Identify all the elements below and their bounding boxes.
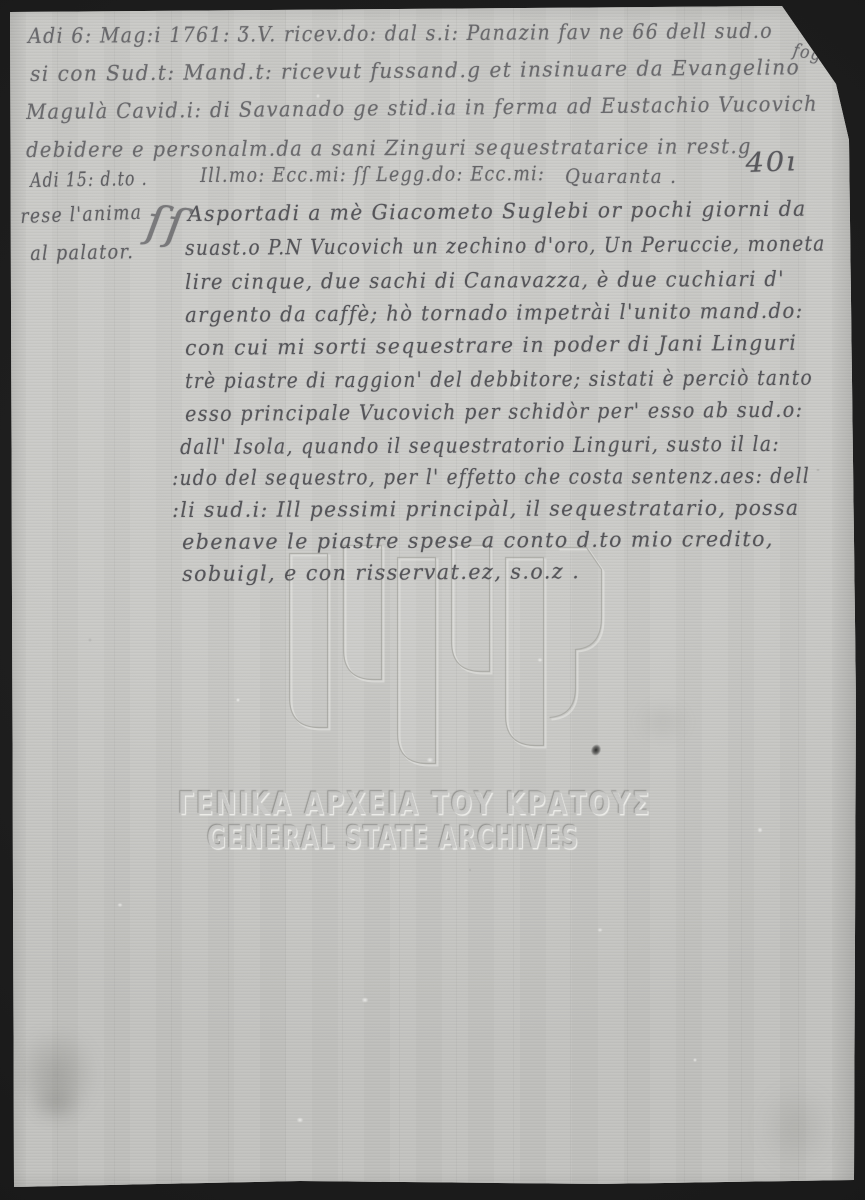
manuscript-line: suast.o P.N Vucovich un zechino d'oro, U…: [185, 232, 826, 260]
manuscript-line: rese l'anima: [20, 200, 143, 228]
manuscript-line: debidere e personalm.da a sani Zinguri s…: [26, 134, 752, 162]
manuscript-line: ſſ: [143, 196, 189, 252]
manuscript-line: sobuigl, e con risservat.ez, s.o.z .: [182, 559, 580, 586]
manuscript-line: Asportadi a mè Giacometo Suglebi or poch…: [188, 197, 807, 226]
manuscript-line: esso principale Vucovich per schidòr per…: [185, 398, 803, 426]
manuscript-line: con cui mi sorti sequestrare in poder di…: [185, 331, 797, 360]
manuscript-line: si con Sud.t: Mand.t: ricevut fussand.g …: [30, 55, 800, 86]
manuscript-page: ΓΕΝΙΚΑ ΑΡΧΕΙΑ ΤΟΥ ΚΡΑΤΟΥΣ GENERAL STATE …: [0, 0, 865, 1200]
manuscript-line: :li sud.i: Ill pessimi principàl, il seq…: [172, 496, 799, 522]
manuscript-line: ebenave le piastre spese a conto d.to mi…: [182, 527, 774, 554]
manuscript-line: 40ı: [745, 146, 797, 179]
manuscript-line: al palator.: [30, 239, 134, 265]
manuscript-line: Ill.mo: Ecc.mi: ſſ Legg.do: Ecc.mi:: [200, 161, 545, 187]
manuscript-line: Adi 15: d.to .: [30, 166, 148, 192]
manuscript-line: trè piastre di raggion' del debbitore; s…: [185, 366, 813, 393]
archive-scan: ΓΕΝΙΚΑ ΑΡΧΕΙΑ ΤΟΥ ΚΡΑΤΟΥΣ GENERAL STATE …: [0, 0, 865, 1200]
manuscript-line: Adi 6: Mag:i 1761: Ʒ.V. ricev.do: dal s.…: [28, 19, 773, 48]
manuscript-text-layer: Adi 6: Mag:i 1761: Ʒ.V. ricev.do: dal s.…: [0, 0, 865, 1200]
manuscript-line: lire cinque, due sachi di Canavazza, è d…: [185, 267, 785, 294]
manuscript-line: Quaranta .: [565, 164, 677, 188]
manuscript-line: argento da caffè; hò tornado impetrài l'…: [185, 299, 804, 327]
manuscript-line: dall' Isola, quando il sequestratorio Li…: [180, 432, 780, 459]
manuscript-line: Magulà Cavid.i: di Savanado ge stid.ia i…: [26, 92, 818, 124]
manuscript-line: :udo del sequestro, per l' effetto che c…: [172, 464, 810, 490]
